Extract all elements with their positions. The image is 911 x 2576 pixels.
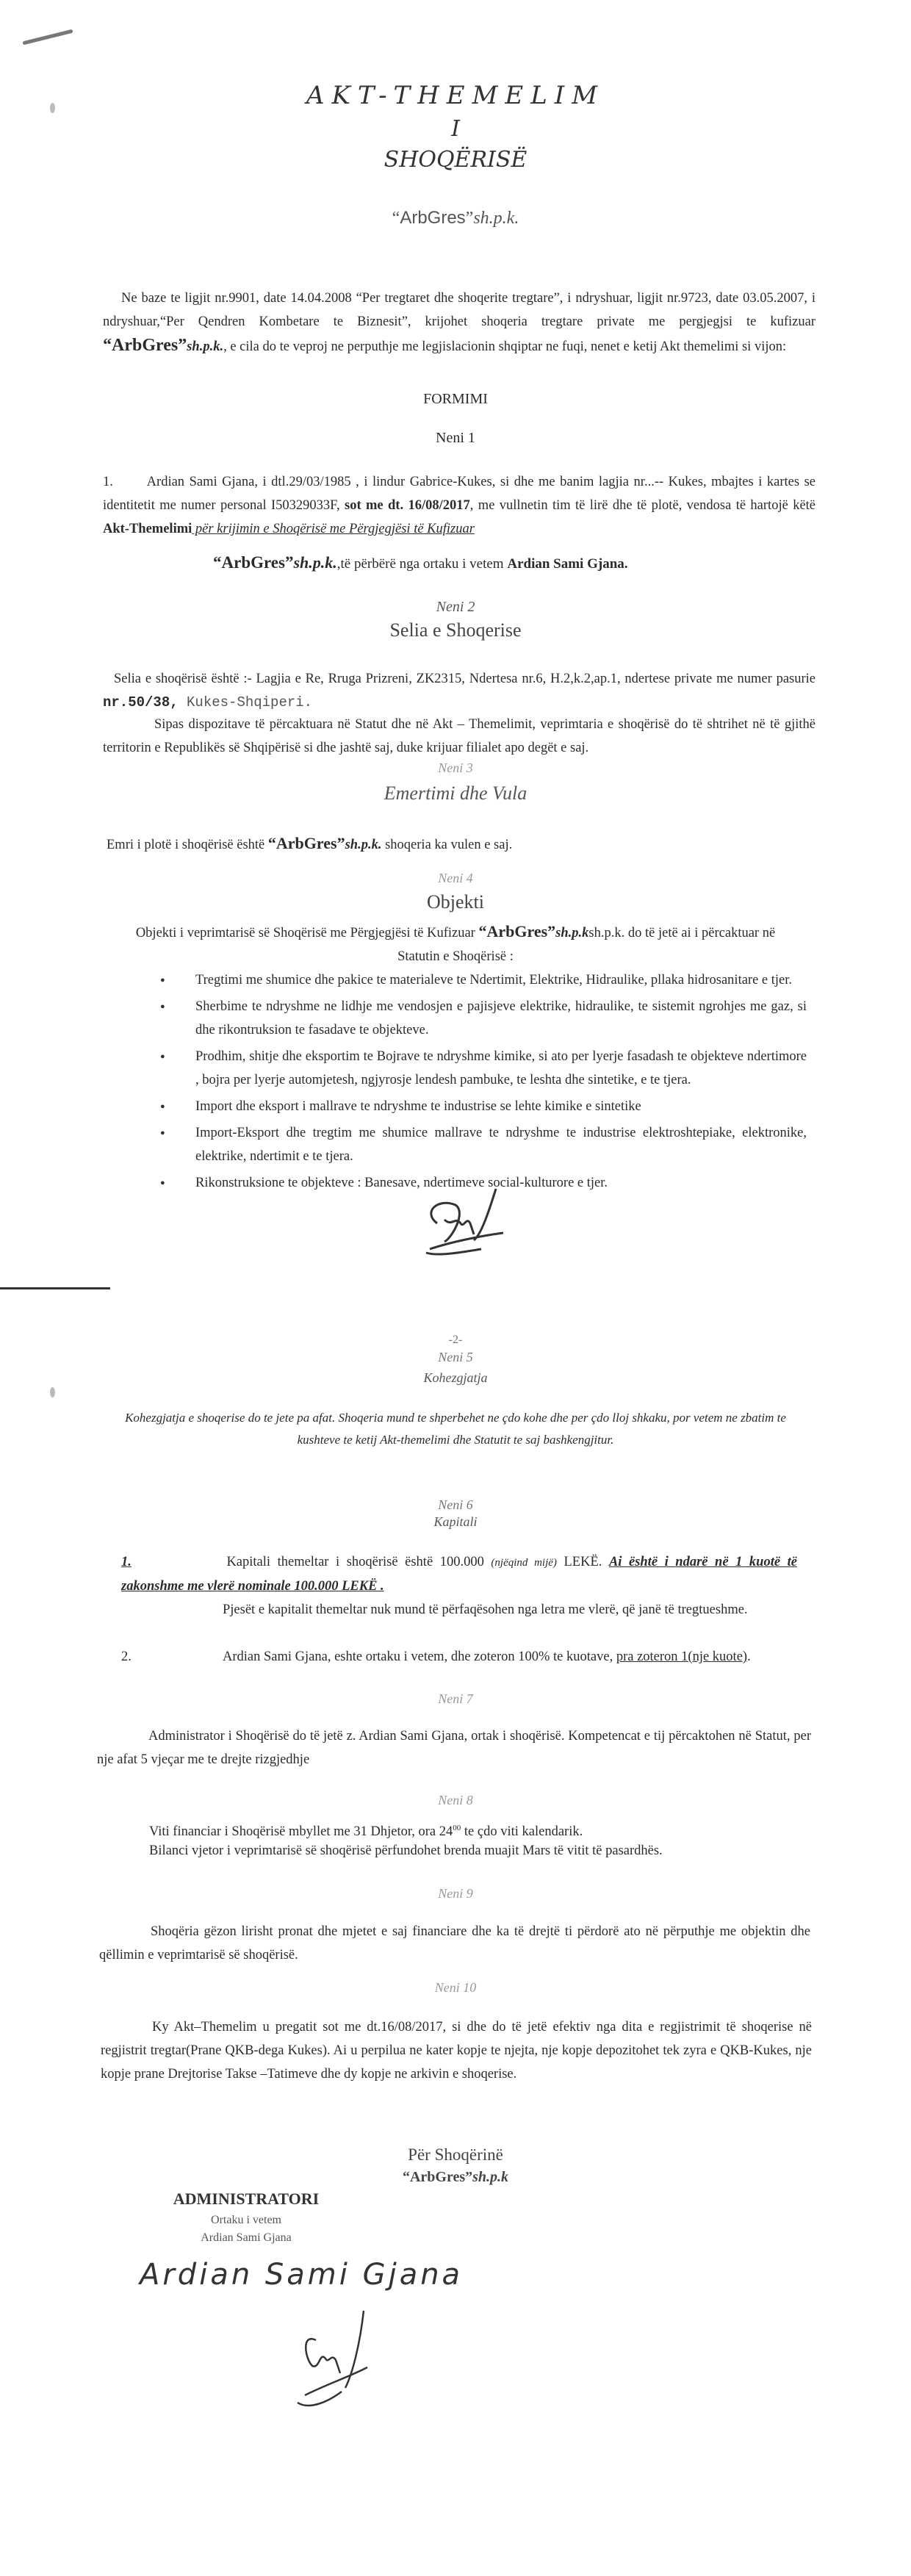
- article-1-company-line: “ArbGres”sh.p.k.,të përbërë nga ortaku i…: [213, 553, 628, 572]
- closing-company-name: “ArbGres”sh.p.k: [0, 2169, 911, 2186]
- article-2-paragraph-2: Sipas dispozitave të përcaktuara në Stat…: [103, 713, 815, 760]
- article-5-paragraph: Kohezgjatja e shoqerise do te jete pa af…: [103, 1407, 808, 1451]
- document-page-2: -2- Neni 5 Kohezgjatja Kohezgjatja e sho…: [0, 1289, 911, 2576]
- article-8-label: Neni 8: [0, 1793, 911, 1808]
- article-7-label: Neni 7: [0, 1691, 911, 1707]
- article-8-line-2: Bilanci vjetor i veprimtarisë së shoqëri…: [149, 1839, 663, 1863]
- article-6-label: Neni 6: [0, 1497, 911, 1513]
- activity-item: Import-Eksport dhe tregtim me shumice ma…: [160, 1121, 807, 1168]
- article-10-label: Neni 10: [0, 1980, 911, 1996]
- article-6-heading: Kapitali: [0, 1514, 911, 1530]
- signature-icon: [283, 2307, 378, 2417]
- article-4-activity-list: Tregtimi me shumice dhe pakice te materi…: [160, 968, 807, 1198]
- article-10-paragraph: Ky Akt–Themelim u pregatit sot me dt.16/…: [101, 2015, 812, 2086]
- article-2-paragraph-1: Selia e shoqërisë është :- Lagjia e Re, …: [103, 667, 815, 714]
- intro-paragraph: Ne baze te ligjit nr.9901, date 14.04.20…: [103, 287, 815, 359]
- article-4-heading: Objekti: [0, 891, 911, 913]
- signature-icon: [415, 1183, 511, 1271]
- article-4-label: Neni 4: [0, 871, 911, 886]
- article-1-paragraph: 1. Ardian Sami Gjana, i dtl.29/03/1985 ,…: [103, 470, 815, 541]
- article-1-label: Neni 1: [0, 430, 911, 447]
- article-6-item-1-note: Pjesët e kapitalit themeltar nuk mund të…: [223, 1598, 797, 1622]
- document-title-conjunction: I: [0, 116, 911, 142]
- article-3-label: Neni 3: [0, 760, 911, 776]
- document-title: AKT-THEMELIM: [0, 81, 911, 110]
- scan-speck: [50, 1387, 55, 1397]
- article-2-heading: Selia e Shoqerise: [0, 619, 911, 641]
- article-6-item-2: Ardian Sami Gjana, eshte ortaku i vetem,…: [223, 1645, 797, 1669]
- article-2-label: Neni 2: [0, 599, 911, 616]
- signatory-name: Ardian Sami Gjana: [154, 2231, 338, 2245]
- company-name-header: “ArbGres”sh.p.k.: [0, 208, 911, 229]
- closing-for-company: Për Shoqërinë: [0, 2145, 911, 2165]
- handwritten-signature-name: Ardian Sami Gjana: [140, 2258, 463, 2292]
- article-3-paragraph: Emri i plotë i shoqërisë është “ArbGres”…: [107, 832, 819, 857]
- article-5-heading: Kohezgjatja: [0, 1370, 911, 1386]
- article-6-item-1: 1. Kapitali themeltar i shoqërisë është …: [121, 1550, 797, 1598]
- activity-item: Prodhim, shitje dhe eksportim te Bojrave…: [160, 1045, 807, 1092]
- article-3-heading: Emertimi dhe Vula: [0, 782, 911, 805]
- activity-item: Tregtimi me shumice dhe pakice te materi…: [160, 968, 807, 992]
- article-6-item-2-number: 2.: [121, 1645, 132, 1669]
- scan-mark: [22, 29, 73, 46]
- signatory-role: Ortaku i vetem: [154, 2214, 338, 2227]
- activity-item: Sherbime te ndryshme ne lidhje me vendos…: [160, 995, 807, 1042]
- activity-item: Import dhe eksport i mallrave te ndryshm…: [160, 1095, 807, 1118]
- section-heading-formimi: FORMIMI: [0, 391, 911, 408]
- signatory-title: ADMINISTRATORI: [154, 2190, 338, 2209]
- document-page-1: AKT-THEMELIM I SHOQËRISË “ArbGres”sh.p.k…: [0, 0, 911, 1289]
- article-5-label: Neni 5: [0, 1350, 911, 1365]
- article-9-paragraph: Shoqëria gëzon lirisht pronat dhe mjetet…: [99, 1920, 810, 1967]
- article-9-label: Neni 9: [0, 1886, 911, 1902]
- article-4-intro: Objekti i veprimtarisë së Shoqërisë me P…: [118, 920, 793, 968]
- document-subtitle: SHOQËRISË: [0, 147, 911, 173]
- article-7-paragraph: Administrator i Shoqërisë do të jetë z. …: [97, 1724, 811, 1771]
- page-number: -2-: [0, 1334, 911, 1347]
